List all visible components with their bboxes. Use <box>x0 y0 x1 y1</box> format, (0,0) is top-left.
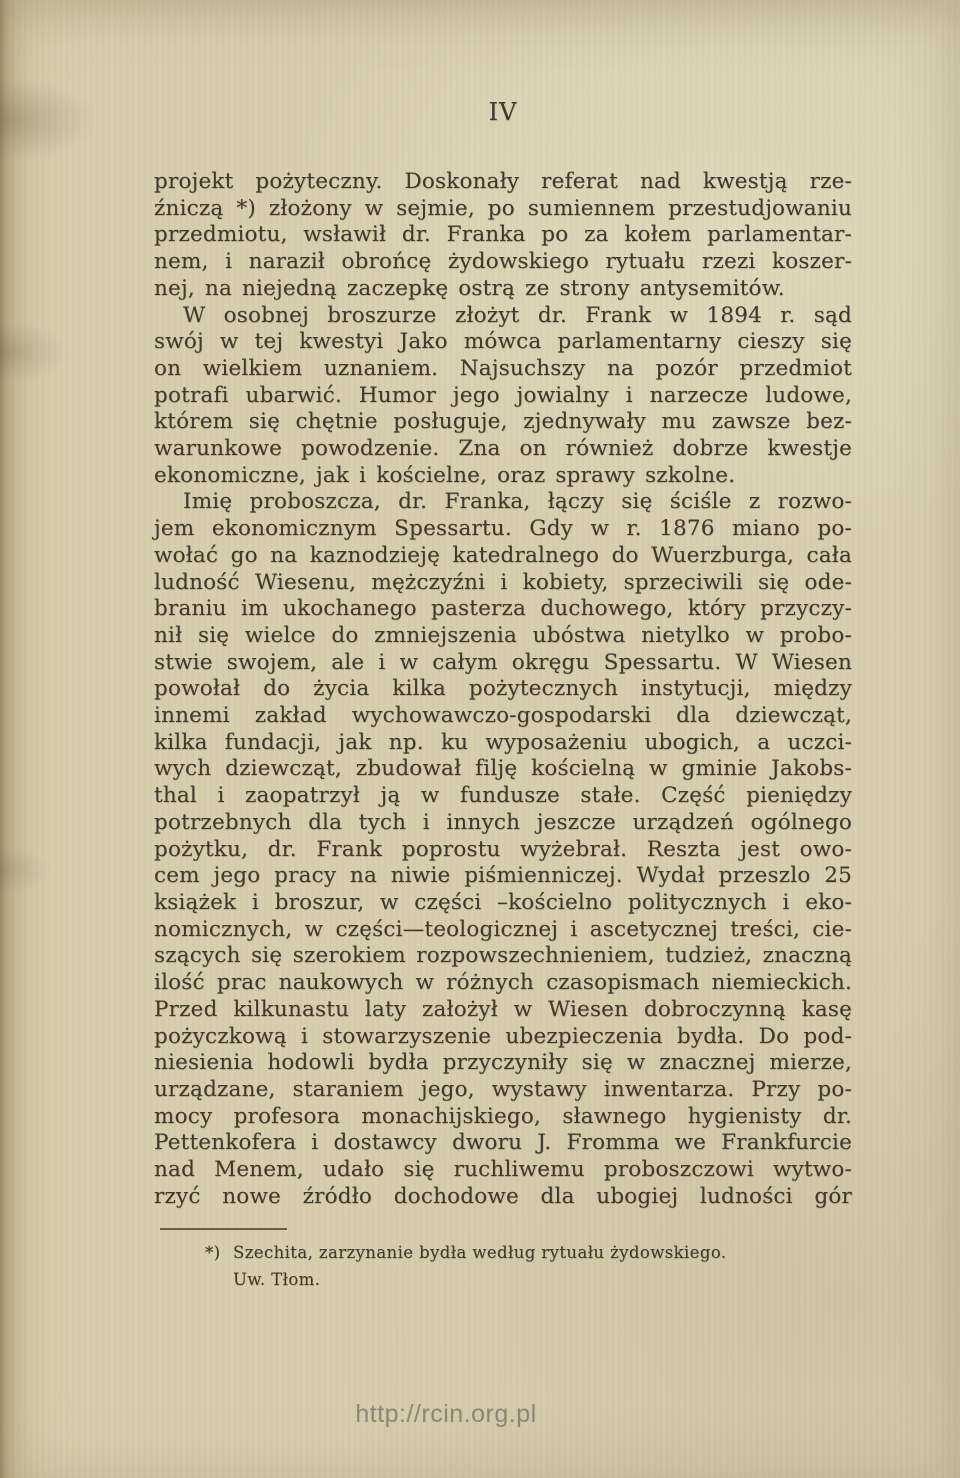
scanned-book-page: IV projekt pożyteczny. Doskonały referat… <box>0 0 960 1478</box>
text-line: swój w tej kwestyi Jako mówca parlamenta… <box>154 329 852 356</box>
text-line: W osobnej broszurze złożyt dr. Frank w 1… <box>154 303 852 330</box>
text-line: projekt pożyteczny. Doskonały referat na… <box>154 169 852 196</box>
watermark-url: http://rcin.org.pl <box>0 1400 892 1429</box>
text-line: nem, i naraził obrońcę żydowskiego rytua… <box>154 249 852 276</box>
footnote-divider <box>160 1228 287 1230</box>
body-text: projekt pożyteczny. Doskonały referat na… <box>154 169 852 1210</box>
text-line: braniu im ukochanego pasterza duchowego,… <box>154 596 852 623</box>
text-line: nomicznych, w części—teologicznej i asce… <box>154 917 852 944</box>
text-line: którem się chętnie posługuje, zjednywały… <box>154 409 852 436</box>
text-line: powołał do życia kilka pożytecznych inst… <box>154 676 852 703</box>
text-line: pożyczkową i stowarzyszenie ubezpieczeni… <box>154 1024 852 1051</box>
text-line: ludność Wiesenu, mężczyźni i kobiety, sp… <box>154 570 852 597</box>
text-line: wych dziewcząt, zbudował filję kościelną… <box>154 756 852 783</box>
footnote-translator-note: Uw. Tłom. <box>233 1266 765 1293</box>
text-line: jem ekonomicznym Spessartu. Gdy w r. 187… <box>154 516 852 543</box>
text-line: kilka fundacji, jak np. ku wyposażeniu u… <box>154 730 852 757</box>
footnote-marker: *) <box>205 1239 233 1266</box>
text-line: Przed kilkunastu laty założył w Wiesen d… <box>154 997 852 1024</box>
text-line: szących się szerokiem rozpowszechnieniem… <box>154 943 852 970</box>
text-line: książek i broszur, w części –kościelno p… <box>154 890 852 917</box>
text-line: źniczą *) złożony w sejmie, po sumiennem… <box>154 196 852 223</box>
text-line: Pettenkofera i dostawcy dworu J. Fromma … <box>154 1130 852 1157</box>
text-line: ilość prac naukowych w różnych czasopism… <box>154 970 852 997</box>
text-line: stwie swojem, ale i w całym okręgu Spess… <box>154 650 852 677</box>
text-line: wołać go na kaznodzieję katedralnego do … <box>154 543 852 570</box>
text-line: potrafi ubarwić. Humor jego jowialny i n… <box>154 383 852 410</box>
text-line: nił się wielce do zmniejszenia ubóstwa n… <box>154 623 852 650</box>
text-line: warunkowe powodzenie. Zna on również dob… <box>154 436 852 463</box>
footnote-line: *) Szechita, zarzynanie bydła według ryt… <box>205 1239 765 1266</box>
text-line: rzyć nowe źródło dochodowe dla ubogiej l… <box>154 1184 852 1211</box>
text-line: nad Menem, udało się ruchliwemu proboszc… <box>154 1157 852 1184</box>
text-line: cem jego pracy na niwie piśmienniczej. W… <box>154 863 852 890</box>
text-line: nej, na niejedną zaczepkę ostrą ze stron… <box>154 276 852 303</box>
text-line: niesienia hodowli bydła przyczyniły się … <box>154 1050 852 1077</box>
footnote-text: Szechita, zarzynanie bydła według rytuał… <box>233 1239 727 1266</box>
footnote: *) Szechita, zarzynanie bydła według ryt… <box>205 1239 765 1293</box>
text-line: mocy profesora monachijskiego, sławnego … <box>154 1104 852 1131</box>
text-line: Imię proboszcza, dr. Franka, łączy się ś… <box>154 489 852 516</box>
text-line: przedmiotu, wsławił dr. Franka po za koł… <box>154 222 852 249</box>
text-line: on wielkiem uznaniem. Najsuchszy na pozó… <box>154 356 852 383</box>
page-number: IV <box>154 98 852 126</box>
text-line: pożytku, dr. Frank poprostu wyżebrał. Re… <box>154 837 852 864</box>
text-line: innemi zakład wychowawczo-gospodarski dl… <box>154 703 852 730</box>
text-line: urządzane, staraniem jego, wystawy inwen… <box>154 1077 852 1104</box>
text-line: ekonomiczne, jak i kościelne, oraz spraw… <box>154 463 852 490</box>
text-line: potrzebnych dla tych i innych jeszcze ur… <box>154 810 852 837</box>
text-line: thal i zaopatrzył ją w fundusze stałe. C… <box>154 783 852 810</box>
